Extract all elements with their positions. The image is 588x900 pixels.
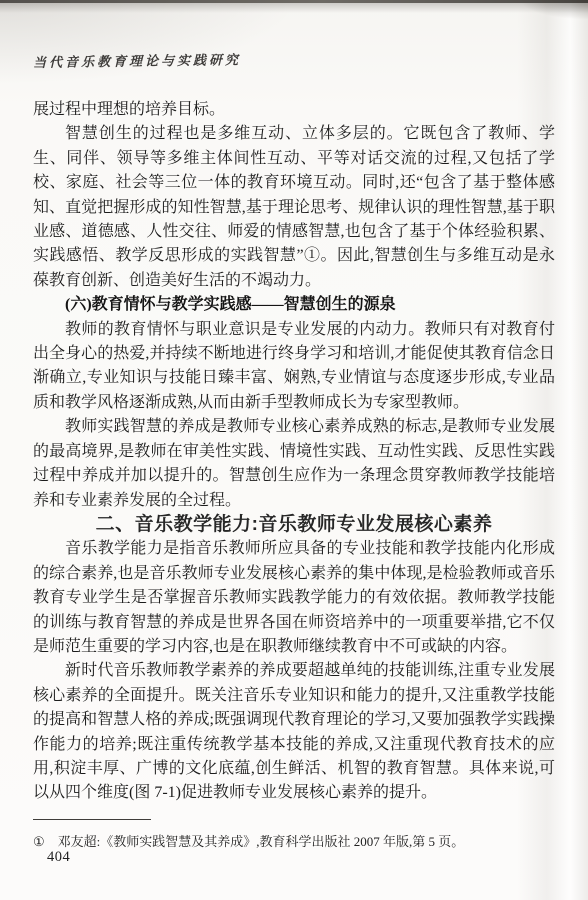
page-number: 404 — [47, 849, 70, 866]
footnote-marker: ① — [33, 832, 45, 851]
footnote: ① 邓友超:《教师实践智慧及其养成》,教育科学出版社 2007 年版,第 5 页… — [33, 832, 555, 851]
paragraph-music-teaching-ability: 音乐教学能力是指音乐教师所应具备的专业技能和教学技能内化形成的综合素养,也是音乐… — [33, 537, 555, 659]
paragraph-new-era-teachers: 新时代音乐教师教学素养的养成要超越单纯的技能训练,注重专业发展核心素养的全面提升… — [33, 659, 555, 805]
running-header-title: 当代音乐教育理论与实践研究 — [33, 44, 588, 71]
paragraph-teacher-passion: 教师的教育情怀与职业意识是专业发展的内动力。教师只有对教育付出全身心的热爱,并持… — [33, 318, 555, 416]
subsection-heading-six: (六)教育情怀与教学实践感——智慧创生的源泉 — [33, 293, 555, 317]
paragraph-continuation: 展过程中理想的培养目标。 — [33, 98, 555, 122]
paragraph-wisdom-creation: 智慧创生的过程也是多维互动、立体多层的。它既包含了教师、学生、同伴、领导等多维主… — [33, 122, 555, 293]
footnote-divider — [33, 819, 151, 820]
section-heading-music-teaching-ability: 二、音乐教学能力:音乐教师专业发展核心素养 — [33, 513, 555, 537]
paragraph-practice-wisdom: 教师实践智慧的养成是教师专业核心素养成熟的标志,是教师专业发展的最高境界,是教师… — [33, 415, 555, 513]
book-page: 当代音乐教育理论与实践研究 展过程中理想的培养目标。 智慧创生的过程也是多维互动… — [0, 0, 588, 900]
footnote-text: 邓友超:《教师实践智慧及其养成》,教育科学出版社 2007 年版,第 5 页。 — [58, 832, 555, 851]
page-body: 展过程中理想的培养目标。 智慧创生的过程也是多维互动、立体多层的。它既包含了教师… — [33, 98, 555, 806]
